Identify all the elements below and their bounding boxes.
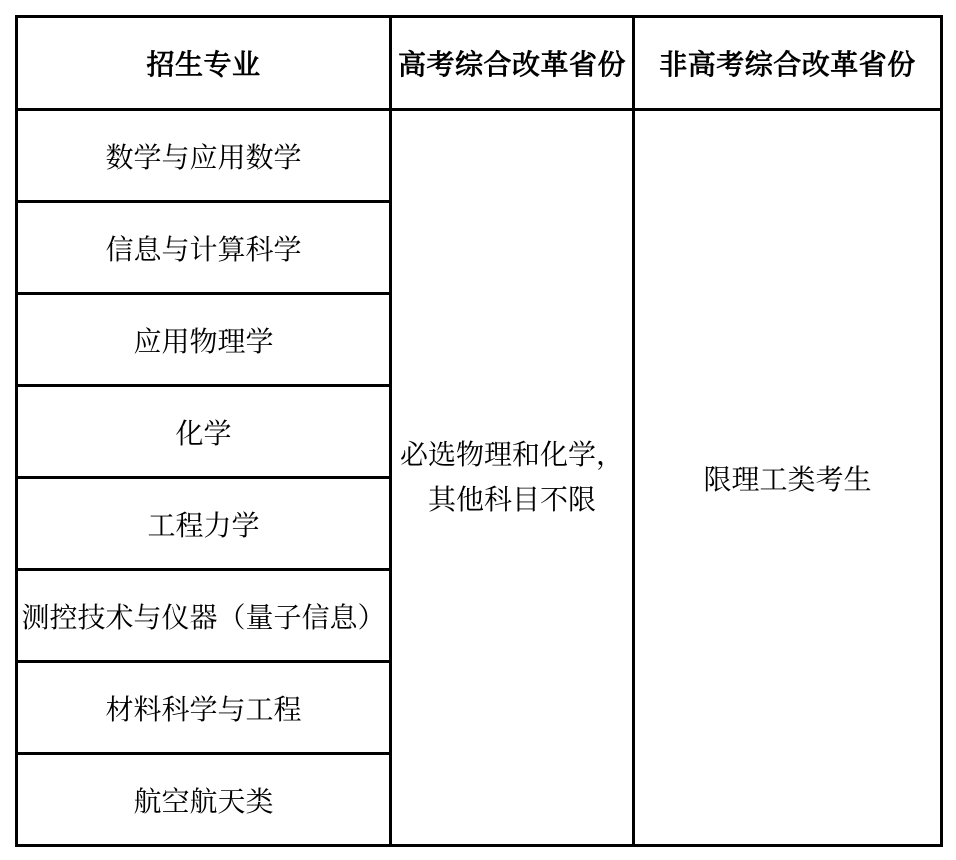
reform-requirement-line1: 必选物理和化学，	[394, 433, 630, 478]
major-cell: 数学与应用数学	[17, 110, 391, 202]
major-cell: 信息与计算科学	[17, 202, 391, 294]
major-cell: 航空航天类	[17, 754, 391, 846]
header-non-reform-provinces: 非高考综合改革省份	[634, 17, 942, 110]
admission-table-container: 招生专业 高考综合改革省份 非高考综合改革省份 数学与应用数学 必选物理和化学，…	[15, 15, 943, 847]
reform-requirement-line2: 其他科目不限	[394, 478, 630, 523]
table-row: 数学与应用数学 必选物理和化学， 其他科目不限 限理工类考生	[17, 110, 942, 202]
header-major: 招生专业	[17, 17, 391, 110]
reform-requirement-cell: 必选物理和化学， 其他科目不限	[391, 110, 634, 846]
major-cell: 材料科学与工程	[17, 662, 391, 754]
major-cell: 测控技术与仪器（量子信息）	[17, 570, 391, 662]
major-cell: 应用物理学	[17, 294, 391, 386]
admission-requirements-table: 招生专业 高考综合改革省份 非高考综合改革省份 数学与应用数学 必选物理和化学，…	[15, 15, 943, 847]
header-row: 招生专业 高考综合改革省份 非高考综合改革省份	[17, 17, 942, 110]
major-cell: 化学	[17, 386, 391, 478]
non-reform-requirement-cell: 限理工类考生	[634, 110, 942, 846]
major-cell: 工程力学	[17, 478, 391, 570]
header-reform-provinces: 高考综合改革省份	[391, 17, 634, 110]
